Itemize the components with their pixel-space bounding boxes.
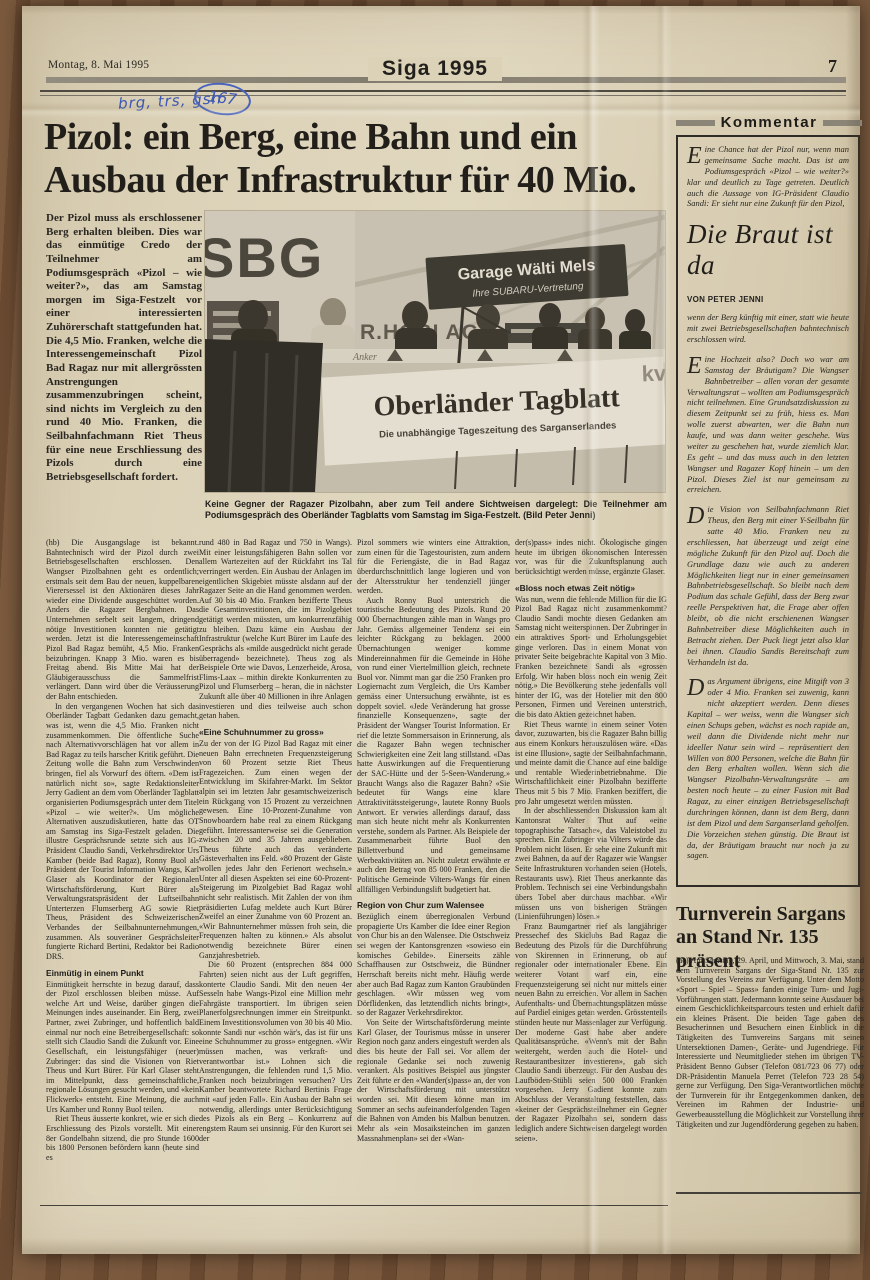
article-paragraph: Riet Theus äusserte konkret, wie er sich…	[46, 1114, 199, 1162]
article-paragraph: Eine Chance hat der Pizol nur, wenn man …	[687, 144, 849, 209]
turnverein-text: (ac) Am Samstag, 29. April, und Mittwoch…	[676, 956, 864, 1184]
drop-cap: D	[687, 676, 707, 698]
article-subhead: «Bloss noch etwas Zeit nötig»	[515, 583, 667, 593]
turnverein-bottom-rule	[676, 1192, 862, 1194]
article-paragraph: In der abschliessenden Diskussion kam al…	[515, 806, 667, 922]
article-subhead: «Eine Schuhnummer zu gross»	[199, 727, 352, 737]
article-paragraph: der(s)pass» indes nicht. Ökologische gin…	[515, 538, 667, 577]
kommentar-title: Die Braut ist da	[687, 219, 849, 281]
article-paragraph: Die 60 Prozent (entsprechen 884 000 Fahr…	[199, 960, 352, 1143]
article-paragraph: Pizol sommers wie winters eine Attraktio…	[357, 538, 510, 596]
article-paragraph: rund 480 in Bad Ragaz und 750 in Wangs).…	[199, 538, 352, 721]
photo-sepia-tint	[205, 211, 665, 492]
article-subhead: Region von Chur zum Walensee	[357, 900, 510, 910]
main-headline: Pizol: ein Berg, eine Bahn und ein Ausba…	[44, 116, 676, 203]
newspaper-scan: { "masthead": { "date": "Montag, 8. Mai …	[0, 0, 870, 1280]
article-paragraph: (hb) Die Ausgangslage ist bekannt. Bahnt…	[46, 538, 199, 702]
article-paragraph: Was nun, wenn die fehlende Million für d…	[515, 595, 667, 720]
podium-photo-illustration: SBG Garage Wälti Mels Ihre SUBARU-Vertre…	[205, 211, 665, 492]
article-paragraph: Die Vision von Seilbahnfachmann Riet The…	[687, 504, 849, 667]
kommentar-header-bar-right	[823, 120, 862, 126]
article-paragraph: wenn der Berg künftig mit einer, statt w…	[687, 312, 849, 345]
article-column-1: (hb) Die Ausgangslage ist bekannt. Bahnt…	[46, 538, 199, 1200]
article-paragraph: Von Seite der Wirtschaftsförderung meint…	[357, 1018, 510, 1143]
article-paragraph: Das Argument übrigens, eine Mitgift von …	[687, 676, 849, 861]
kommentar-header-bar-left	[676, 120, 715, 126]
kommentar-byline: VON PETER JENNI	[687, 295, 849, 304]
article-paragraph: In den vergangenen Wochen hat sich das O…	[46, 702, 199, 962]
photo-caption: Keine Gegner der Ragazer Pizolbahn, aber…	[205, 499, 667, 522]
article-paragraph: Einmütigkeit herrschte in bezug darauf, …	[46, 980, 199, 1115]
article-paragraph: Zu der von der IG Pizol Bad Ragaz mit ei…	[199, 739, 352, 960]
drop-cap: E	[687, 354, 705, 376]
kommentar-box: Eine Chance hat der Pizol nur, wenn man …	[676, 135, 860, 887]
article-paragraph: Bezüglich einem überregionalen Verbund p…	[357, 912, 510, 1018]
article-column-3: Pizol sommers wie winters eine Attraktio…	[357, 538, 510, 1200]
drop-cap: D	[687, 504, 707, 526]
article-paragraph: Riet Theus warnte in einem seiner Voten …	[515, 720, 667, 807]
kommentar-header-label: Kommentar	[721, 114, 818, 131]
article-paragraph: Eine Hochzeit also? Doch wo war am Samst…	[687, 354, 849, 495]
article-paragraph: Franz Baumgartner rief als langjähriger …	[515, 922, 667, 1143]
article-photo: SBG Garage Wälti Mels Ihre SUBARU-Vertre…	[205, 211, 665, 492]
article-column-4: der(s)pass» indes nicht. Ökologische gin…	[515, 538, 667, 1200]
kommentar-header: Kommentar	[676, 114, 862, 131]
article-column-2: rund 480 in Bad Ragaz und 750 in Wangs).…	[199, 538, 352, 1200]
article-subhead: Einmütig in einem Punkt	[46, 968, 199, 978]
article-bottom-rule	[40, 1205, 668, 1206]
drop-cap: E	[687, 144, 705, 166]
lead-paragraph: Der Pizol muss als erschlossener Berg er…	[46, 212, 202, 512]
masthead-title: Siga 1995	[0, 57, 870, 81]
article-paragraph: Auch Ronny Buol unterstrich die touristi…	[357, 596, 510, 894]
masthead-title-text: Siga 1995	[368, 57, 502, 81]
